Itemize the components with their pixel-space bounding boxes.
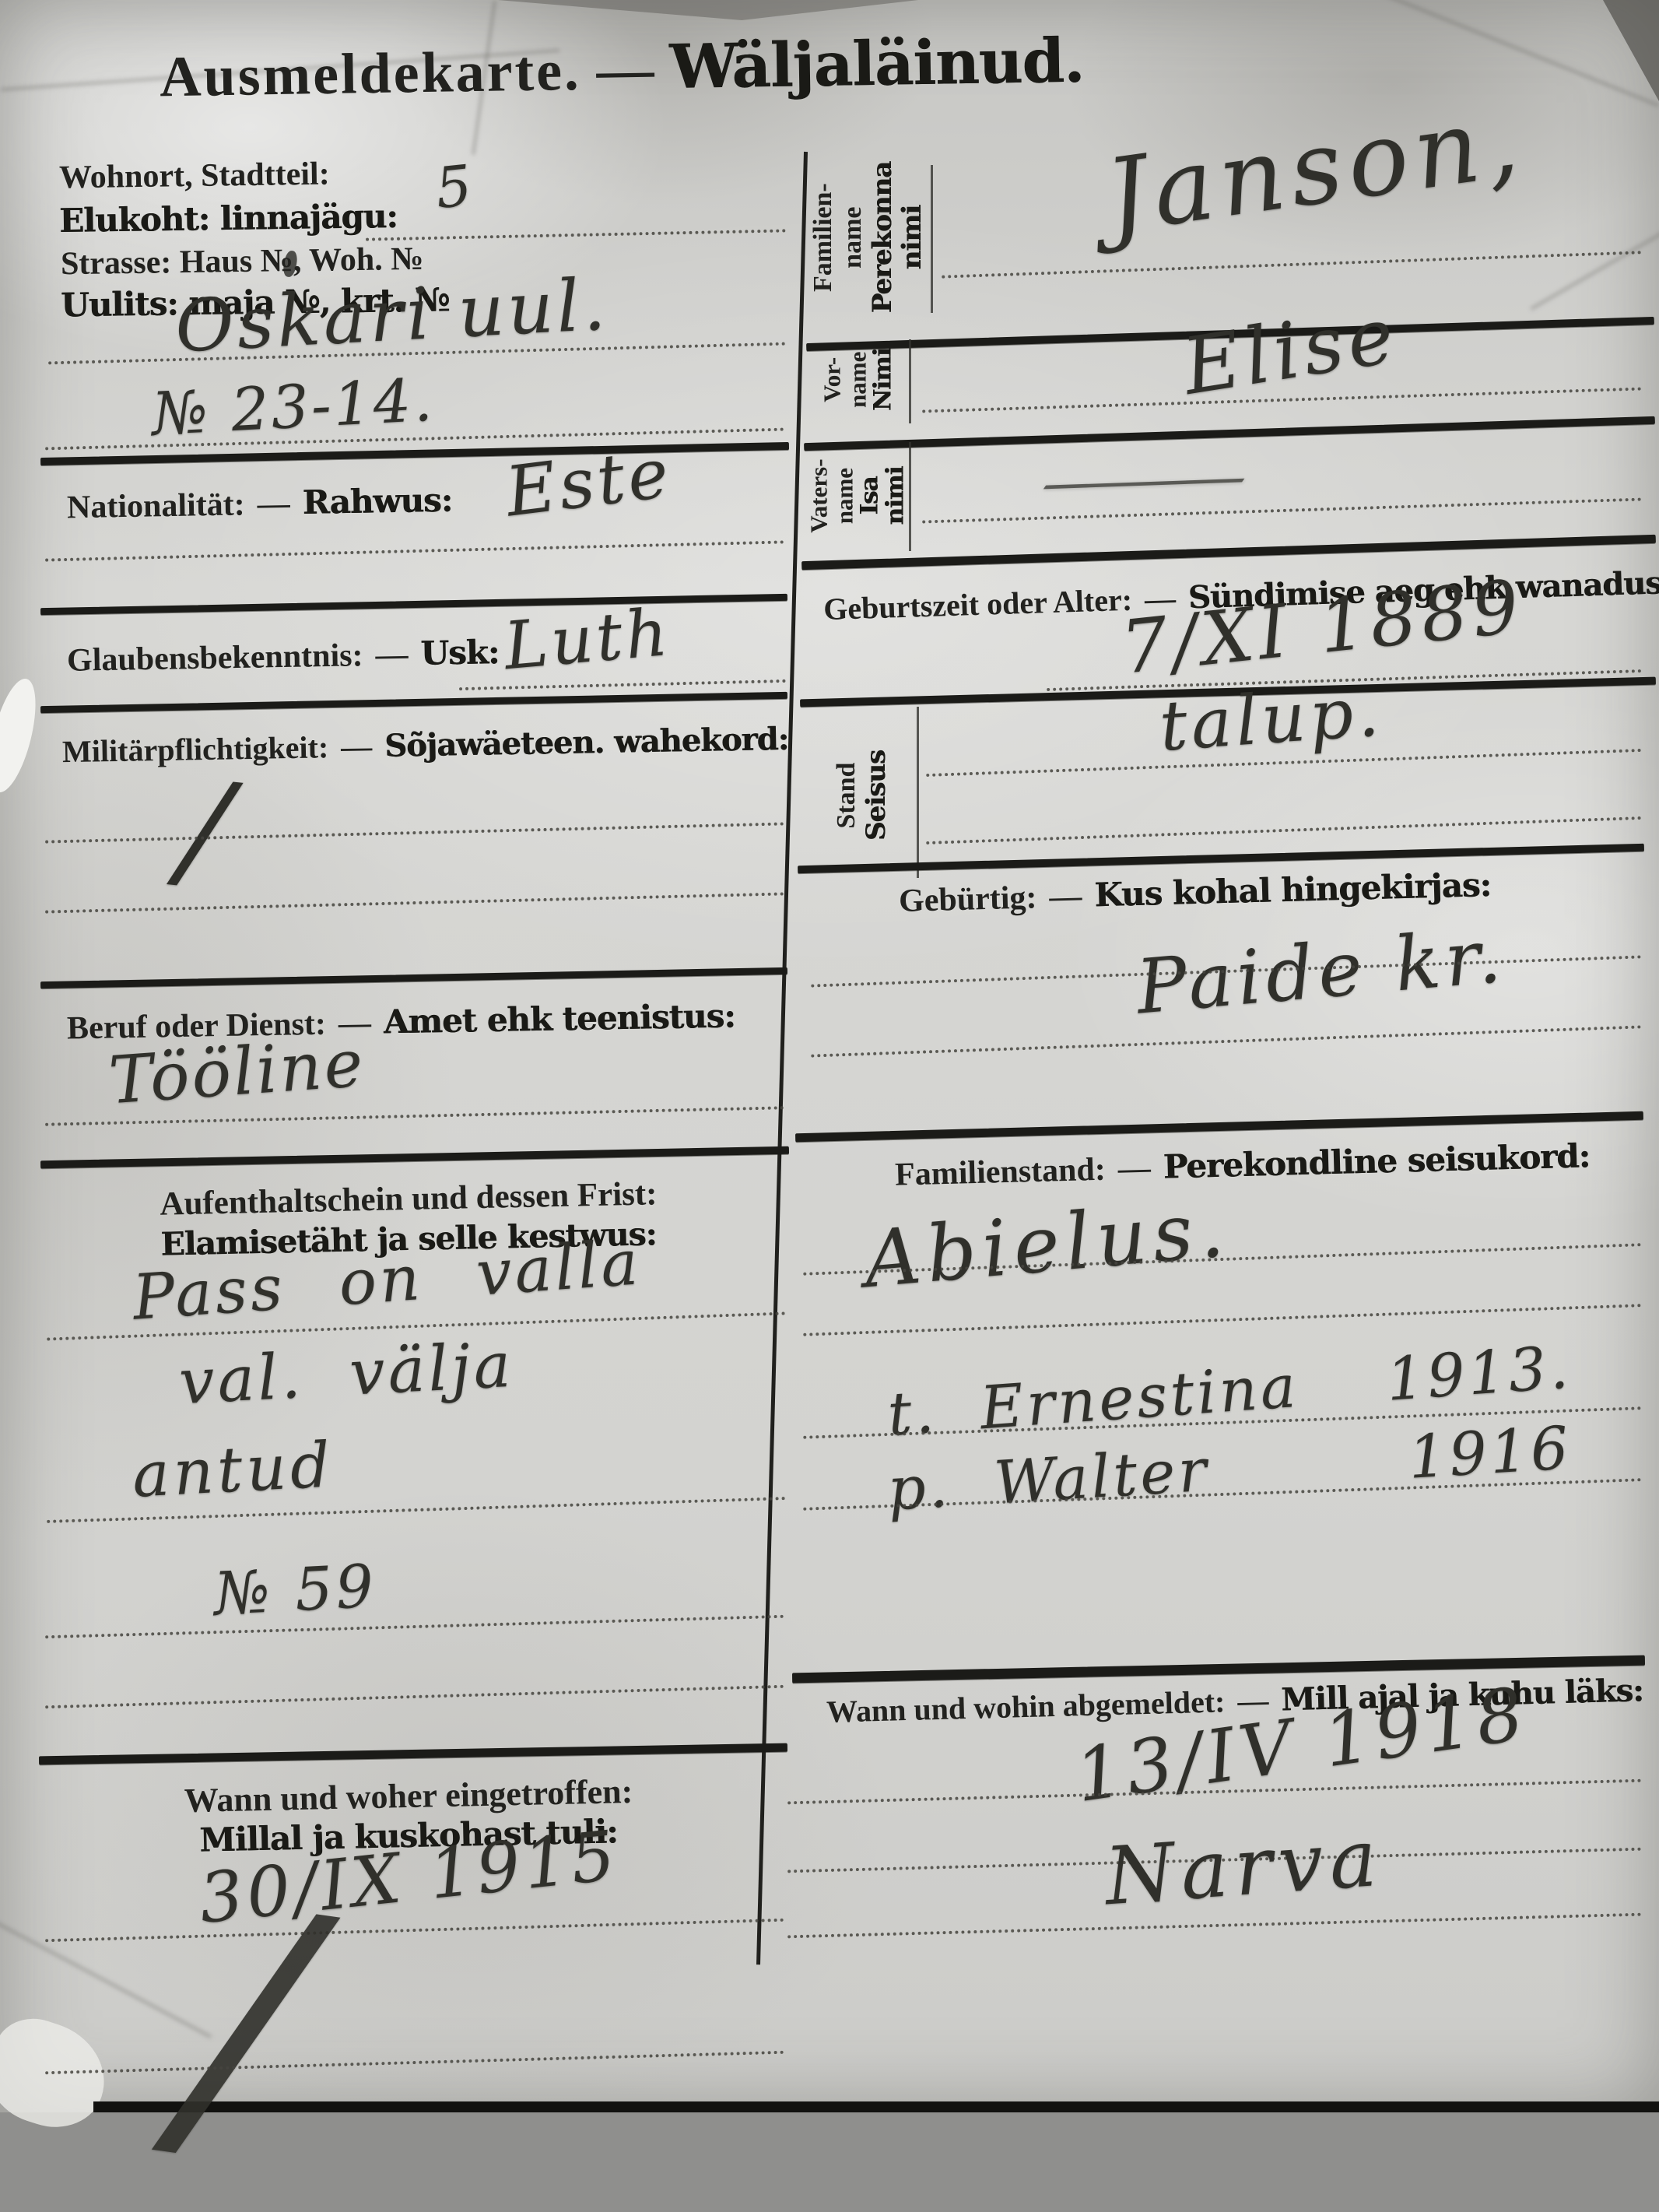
dotted-line bbox=[45, 892, 784, 913]
child-year: 1916 bbox=[1406, 1413, 1573, 1492]
label-family-name: Familien- name Perekonna nimi bbox=[809, 154, 926, 321]
dotted-line bbox=[787, 1913, 1642, 1939]
section-rule bbox=[801, 535, 1656, 570]
section-rule bbox=[40, 594, 787, 615]
handwritten-departure-place: Narva bbox=[1102, 1812, 1386, 1924]
dotted-line bbox=[45, 1615, 784, 1639]
handwritten-cancel-stroke: / bbox=[170, 1839, 324, 2112]
title-estonian: Wäljaläinud. bbox=[669, 26, 1085, 103]
dotted-line bbox=[45, 1919, 784, 1943]
handwritten-father-name-dash: — bbox=[1034, 444, 1254, 515]
cell-border bbox=[917, 707, 919, 878]
handwritten-district: 5 bbox=[433, 153, 475, 221]
handwritten-permit-2: val. välja bbox=[177, 1329, 516, 1418]
cell-border bbox=[909, 442, 911, 551]
dotted-line bbox=[45, 1685, 784, 1709]
column-divider bbox=[756, 152, 808, 1964]
dotted-line bbox=[45, 2051, 784, 2075]
scan-bottom-edge bbox=[93, 2101, 1659, 2112]
handwritten-house-number: № 23-14. bbox=[150, 365, 436, 449]
cell-border bbox=[931, 165, 933, 313]
section-rule bbox=[40, 692, 787, 713]
label-religion: Glaubensbekenntnis:—Usk: bbox=[67, 633, 500, 679]
child-year: 1913. bbox=[1384, 1332, 1573, 1413]
dotted-line bbox=[922, 497, 1642, 523]
torn-corner bbox=[0, 2008, 118, 2112]
torn-edge-notch bbox=[0, 674, 44, 796]
section-rule bbox=[798, 844, 1644, 873]
label-origin: Gebürtig:—Kus kohal hingekirjas: bbox=[898, 865, 1491, 920]
cell-border bbox=[909, 339, 911, 423]
handwritten-permit-number: № 59 bbox=[212, 1551, 378, 1629]
label-first-name: Vor- name Nimi bbox=[811, 333, 904, 427]
handwritten-family-name: Janson, bbox=[1099, 80, 1531, 256]
dotted-line bbox=[811, 1025, 1641, 1057]
label-elukoht: Elukoht: linnajägu: bbox=[59, 197, 398, 240]
handwritten-family-status: Abielus. bbox=[861, 1183, 1233, 1306]
section-rule bbox=[40, 967, 787, 988]
label-family-status: Familienstand:—Perekondline seisukord: bbox=[894, 1136, 1590, 1193]
section-rule bbox=[39, 1743, 787, 1765]
page-title: Ausmeldekarte. — Wäljaläinud. bbox=[159, 26, 1084, 111]
paper-crease bbox=[1530, 206, 1659, 310]
scanned-card: Ausmeldekarte. — Wäljaläinud. Wohnort, S… bbox=[0, 0, 1659, 2112]
section-rule bbox=[795, 1111, 1643, 1143]
label-status: Stand Seisus bbox=[811, 704, 912, 887]
handwritten-permit-3: antud bbox=[131, 1428, 336, 1511]
title-german: Ausmeldekarte. bbox=[159, 39, 581, 109]
title-dash: — bbox=[596, 37, 654, 102]
dotted-line bbox=[942, 251, 1642, 278]
handwritten-military-slash: / bbox=[175, 752, 236, 910]
child-name: p. Walter bbox=[886, 1435, 1212, 1524]
handwritten-first-name: Elise bbox=[1177, 289, 1405, 413]
dotted-line bbox=[45, 540, 784, 561]
label-nationality: Nationalität:—Rahwus: bbox=[67, 481, 453, 527]
handwritten-religion: Luth bbox=[501, 594, 673, 684]
dotted-line bbox=[926, 816, 1642, 844]
dotted-line bbox=[366, 229, 786, 241]
label-military: Militärpflichtigkeit:—Sõjawäeteen. wahek… bbox=[62, 721, 789, 770]
scan-edge-shadow bbox=[498, 0, 918, 20]
dotted-line bbox=[803, 1304, 1641, 1336]
handwritten-status: talup. bbox=[1157, 671, 1385, 767]
dotted-line bbox=[45, 822, 784, 843]
label-wohnort: Wohnort, Stadtteil: bbox=[59, 156, 330, 197]
label-father-name: Vaters- name Isa nimi bbox=[811, 437, 904, 554]
section-rule bbox=[40, 1146, 789, 1168]
